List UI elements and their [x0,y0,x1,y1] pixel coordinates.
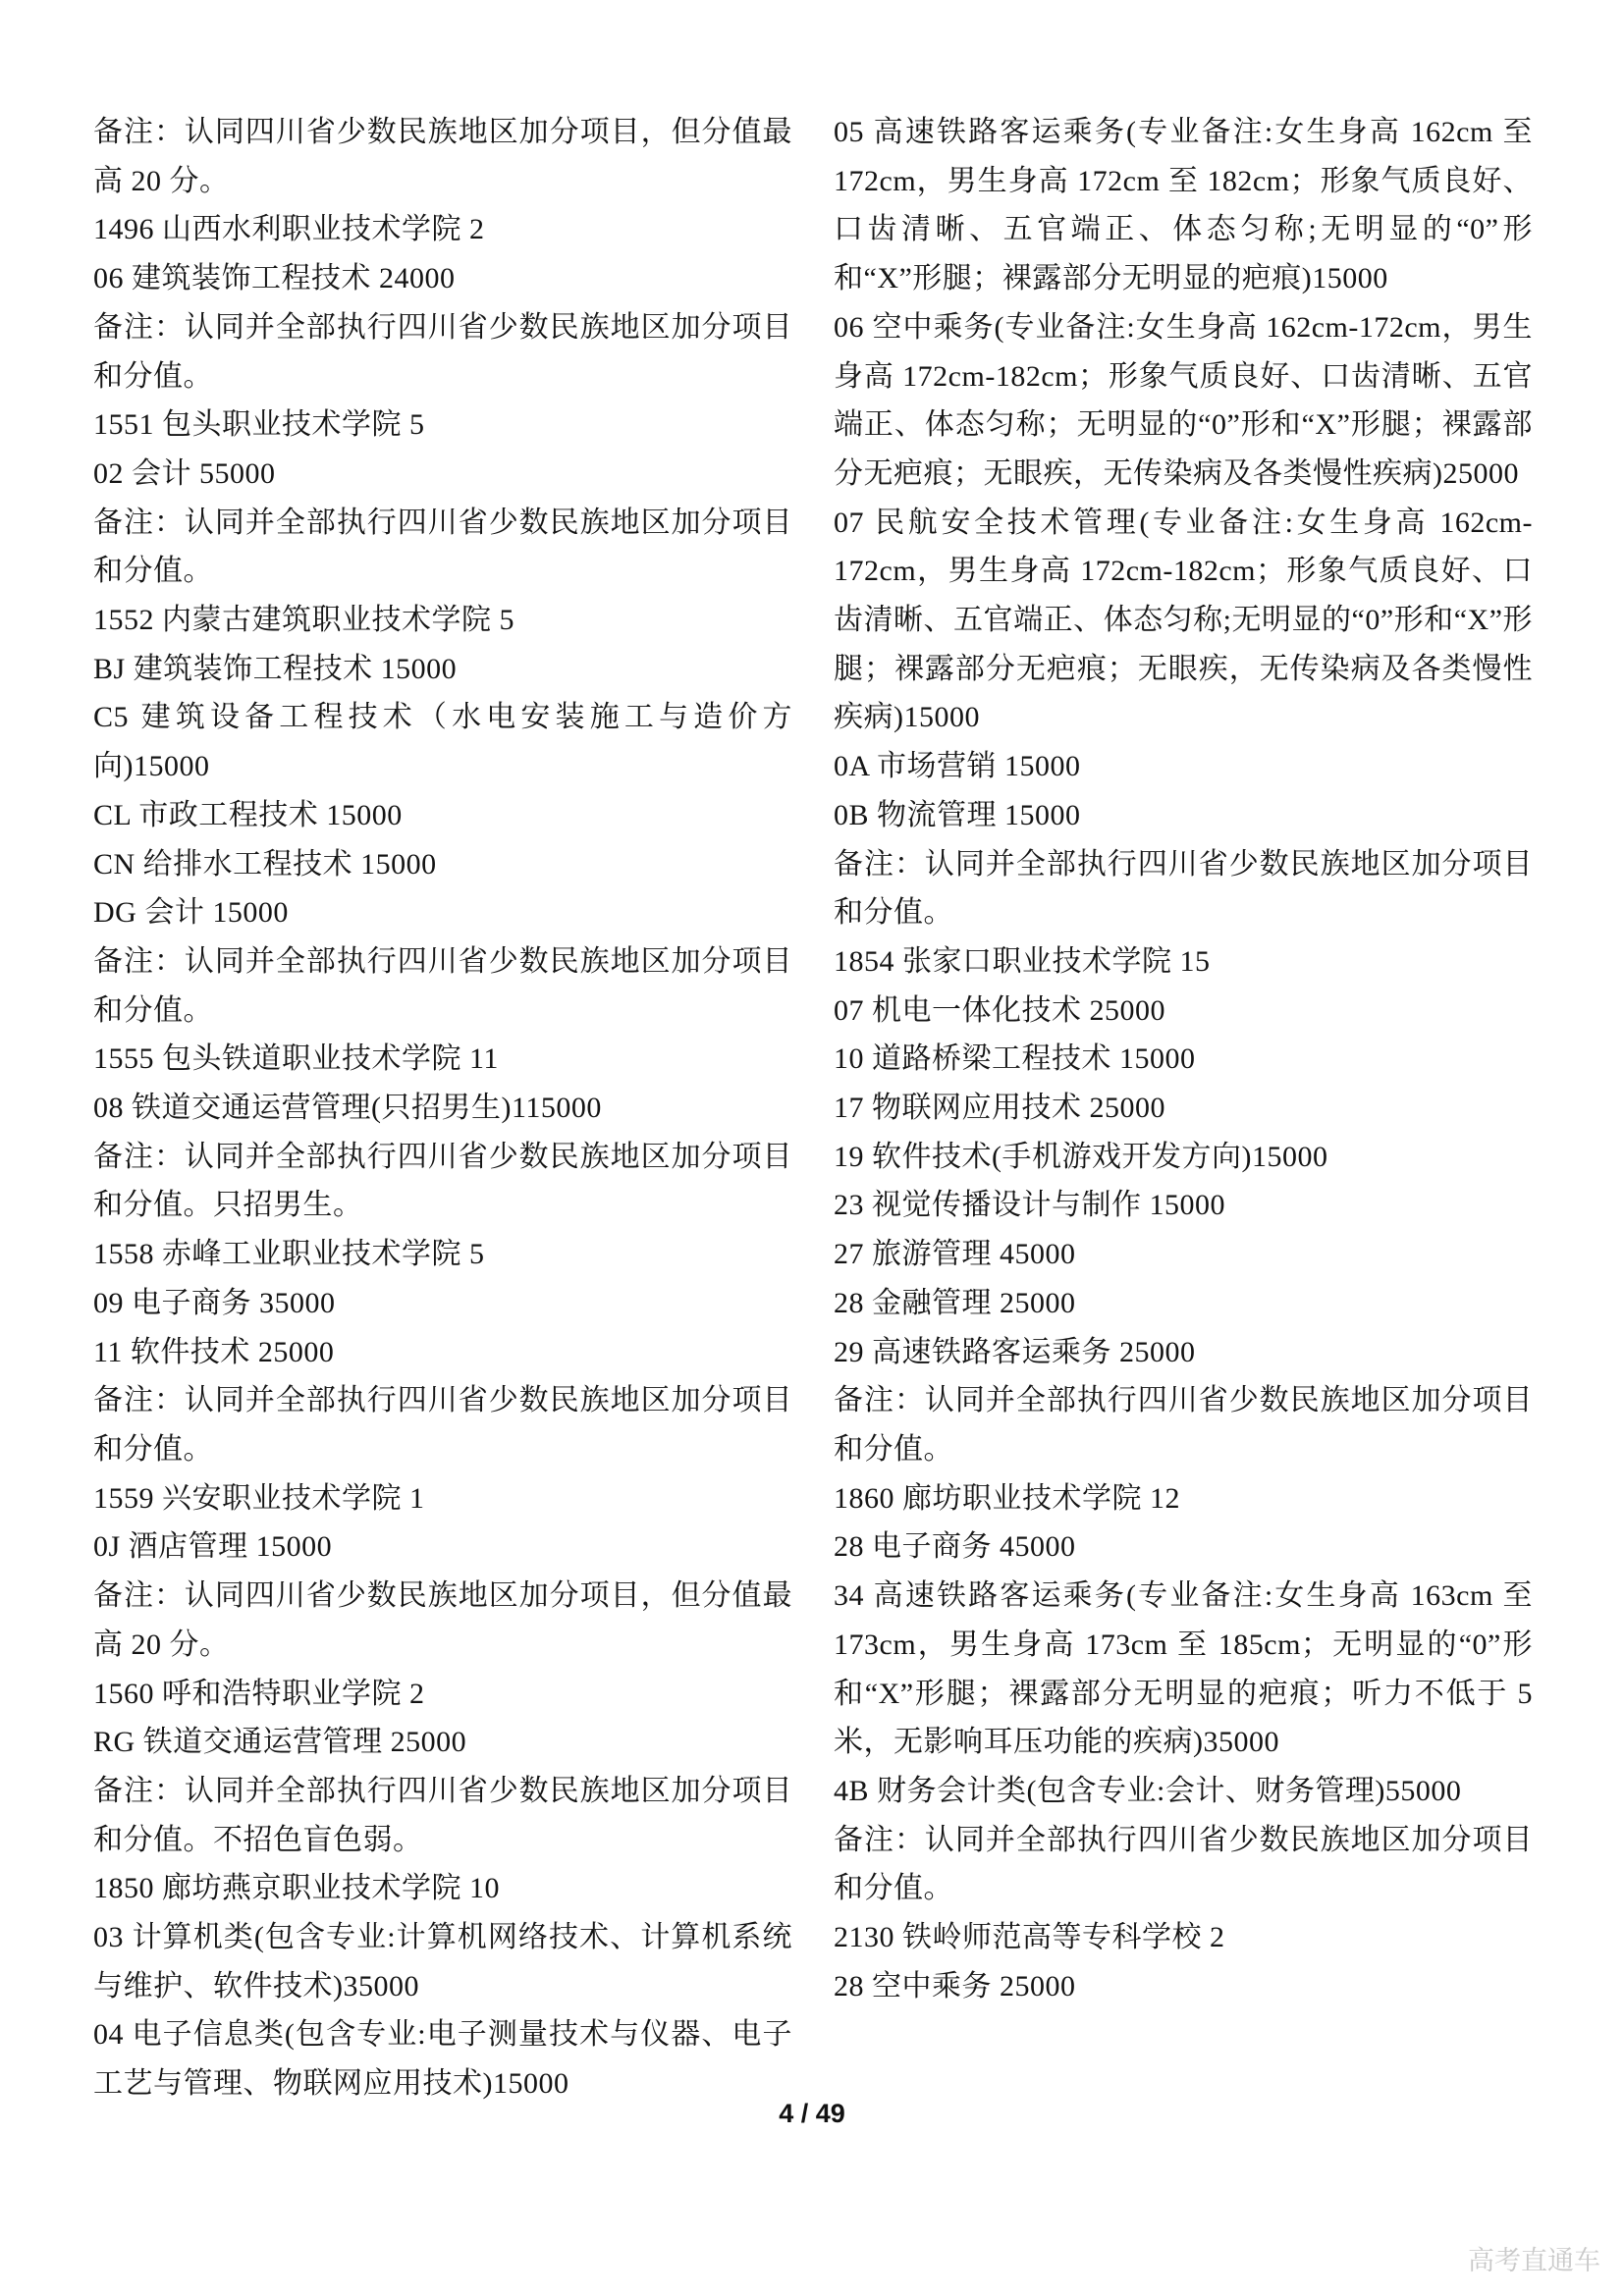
watermark-text: 高考直通车 [1468,2239,1600,2277]
right-text-column: 05 高速铁路客运乘务(专业备注:女生身高 162cm 至 172cm，男生身高… [834,108,1533,2010]
paragraph: 28 电子商务 45000 [834,1522,1533,1572]
paragraph: 备注：认同并全部执行四川省少数民族地区加分项目和分值。 [834,1376,1533,1473]
paragraph: 0B 物流管理 15000 [834,791,1533,840]
paragraph: 10 道路桥梁工程技术 15000 [834,1035,1533,1084]
paragraph: 19 软件技术(手机游戏开发方向)15000 [834,1133,1533,1182]
paragraph: 1551 包头职业技术学院 5 [93,400,792,450]
paragraph: 0A 市场营销 15000 [834,742,1533,791]
paragraph: BJ 建筑装饰工程技术 15000 [93,645,792,694]
paragraph: 17 物联网应用技术 25000 [834,1084,1533,1133]
paragraph: 03 计算机类(包含专业:计算机网络技术、计算机系统与维护、软件技术)35000 [93,1913,792,2010]
paragraph: 28 空中乘务 25000 [834,1962,1533,2011]
paragraph: 备注：认同并全部执行四川省少数民族地区加分项目和分值。 [834,1816,1533,1913]
paragraph: 备注：认同四川省少数民族地区加分项目，但分值最高 20 分。 [93,108,792,205]
paragraph: 备注：认同并全部执行四川省少数民族地区加分项目和分值。 [834,840,1533,937]
paragraph: 29 高速铁路客运乘务 25000 [834,1328,1533,1377]
paragraph: 06 空中乘务(专业备注:女生身高 162cm-172cm，男生身高 172cm… [834,303,1533,499]
paragraph: C5 建筑设备工程技术（水电安装施工与造价方向)15000 [93,693,792,790]
paragraph: DG 会计 15000 [93,888,792,937]
paragraph: 备注：认同并全部执行四川省少数民族地区加分项目和分值。 [93,499,792,596]
paragraph: 备注：认同并全部执行四川省少数民族地区加分项目和分值。 [93,1376,792,1473]
paragraph: 28 金融管理 25000 [834,1279,1533,1328]
paragraph: 备注：认同并全部执行四川省少数民族地区加分项目和分值。不招色盲色弱。 [93,1767,792,1864]
paragraph: 备注：认同四川省少数民族地区加分项目，但分值最高 20 分。 [93,1572,792,1669]
paragraph: 08 铁道交通运营管理(只招男生)115000 [93,1084,792,1133]
paragraph: 07 民航安全技术管理(专业备注:女生身高 162cm-172cm，男生身高 1… [834,499,1533,743]
paragraph: 1552 内蒙古建筑职业技术学院 5 [93,596,792,645]
paragraph: 02 会计 55000 [93,450,792,499]
paragraph: 11 软件技术 25000 [93,1328,792,1377]
paragraph: 1854 张家口职业技术学院 15 [834,937,1533,987]
paragraph: 2130 铁岭师范高等专科学校 2 [834,1913,1533,1962]
paragraph: RG 铁道交通运营管理 25000 [93,1718,792,1767]
paragraph: 备注：认同并全部执行四川省少数民族地区加分项目和分值。 [93,303,792,400]
paragraph: 09 电子商务 35000 [93,1279,792,1328]
paragraph: CL 市政工程技术 15000 [93,791,792,840]
paragraph: 23 视觉传播设计与制作 15000 [834,1181,1533,1230]
left-text-column: 备注：认同四川省少数民族地区加分项目，但分值最高 20 分。1496 山西水利职… [93,108,792,2109]
paragraph: 1555 包头铁道职业技术学院 11 [93,1035,792,1084]
paragraph: 1860 廊坊职业技术学院 12 [834,1474,1533,1523]
document-page: 备注：认同四川省少数民族地区加分项目，但分值最高 20 分。1496 山西水利职… [0,0,1624,2296]
page-number: 4 / 49 [0,2099,1624,2129]
paragraph: 0J 酒店管理 15000 [93,1522,792,1572]
paragraph: 1558 赤峰工业职业技术学院 5 [93,1230,792,1279]
paragraph: CN 给排水工程技术 15000 [93,840,792,889]
paragraph: 1850 廊坊燕京职业技术学院 10 [93,1864,792,1913]
paragraph: 27 旅游管理 45000 [834,1230,1533,1279]
paragraph: 06 建筑装饰工程技术 24000 [93,254,792,303]
paragraph: 04 电子信息类(包含专业:电子测量技术与仪器、电子工艺与管理、物联网应用技术)… [93,2010,792,2108]
paragraph: 备注：认同并全部执行四川省少数民族地区加分项目和分值。 [93,937,792,1035]
paragraph: 备注：认同并全部执行四川省少数民族地区加分项目和分值。只招男生。 [93,1133,792,1230]
paragraph: 34 高速铁路客运乘务(专业备注:女生身高 163cm 至 173cm，男生身高… [834,1572,1533,1767]
paragraph: 4B 财务会计类(包含专业:会计、财务管理)55000 [834,1767,1533,1816]
paragraph: 1559 兴安职业技术学院 1 [93,1474,792,1523]
paragraph: 05 高速铁路客运乘务(专业备注:女生身高 162cm 至 172cm，男生身高… [834,108,1533,303]
paragraph: 1560 呼和浩特职业学院 2 [93,1670,792,1719]
paragraph: 1496 山西水利职业技术学院 2 [93,205,792,254]
paragraph: 07 机电一体化技术 25000 [834,987,1533,1036]
